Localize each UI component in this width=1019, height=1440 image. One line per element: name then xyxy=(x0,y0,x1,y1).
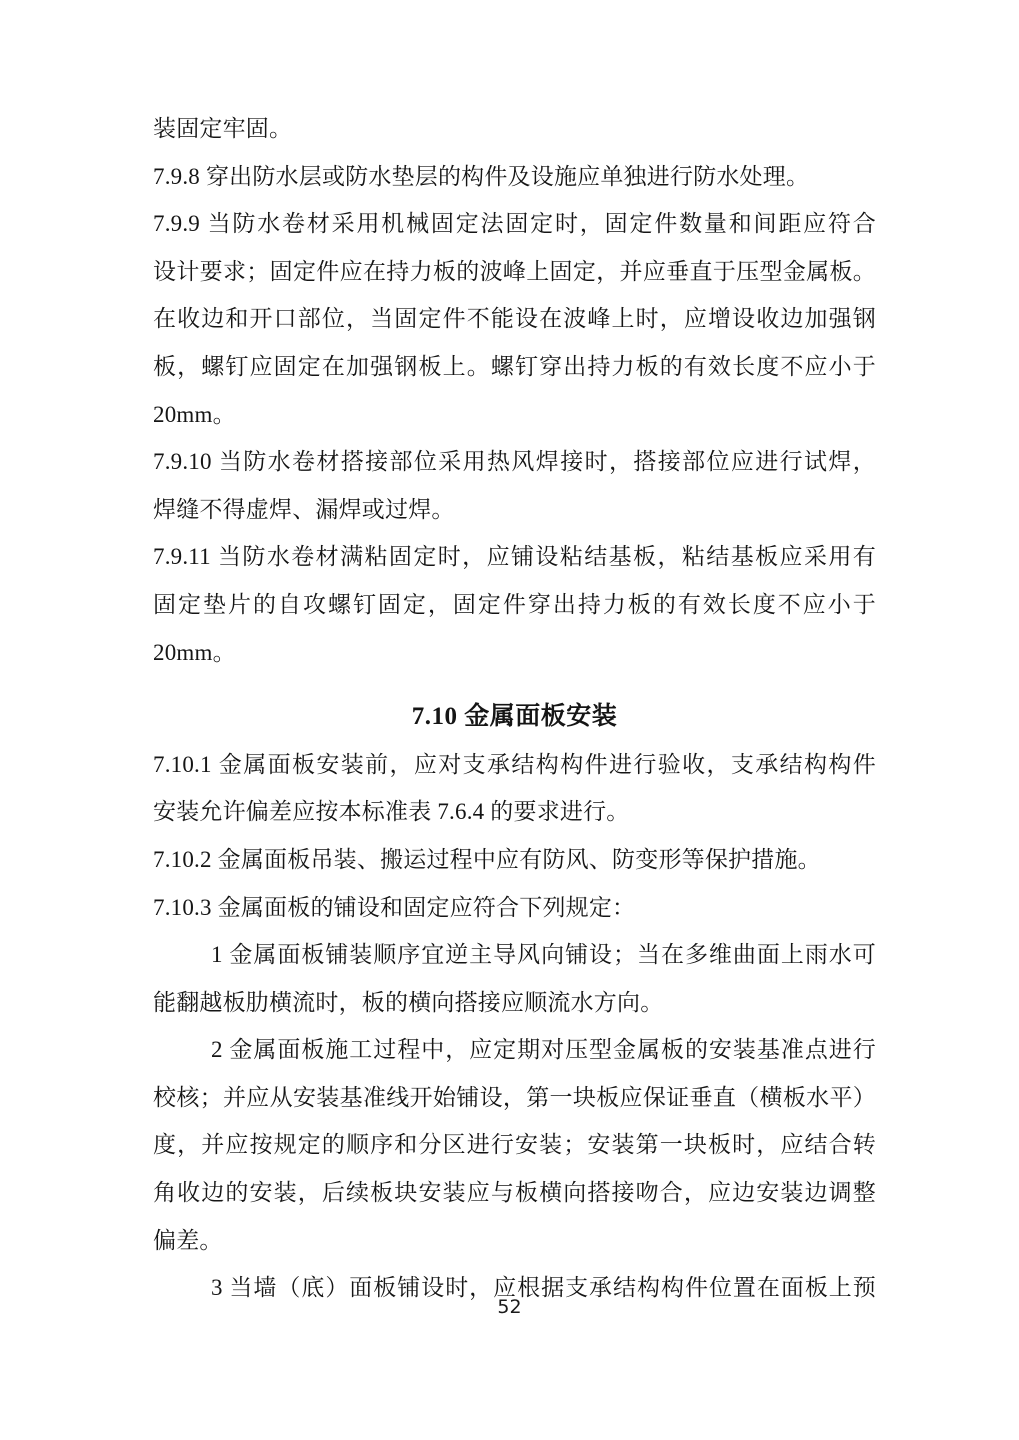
text-line: 20mm。 xyxy=(153,391,876,439)
text-line: 7.9.9 当防水卷材采用机械固定法固定时，固定件数量和间距应符合 xyxy=(153,200,876,248)
text-line: 度，并应按规定的顺序和分区进行安装；安装第一块板时，应结合转 xyxy=(153,1121,876,1169)
text-line: 7.9.10 当防水卷材搭接部位采用热风焊接时，搭接部位应进行试焊， xyxy=(153,438,876,486)
text-line: 设计要求；固定件应在持力板的波峰上固定，并应垂直于压型金属板。 xyxy=(153,248,876,296)
text-line: 7.10.2 金属面板吊装、搬运过程中应有防风、防变形等保护措施。 xyxy=(153,836,876,884)
text-line: 装固定牢固。 xyxy=(153,105,876,153)
text-line: 安装允许偏差应按本标准表 7.6.4 的要求进行。 xyxy=(153,788,876,836)
text-line: 能翻越板肋横流时，板的横向搭接应顺流水方向。 xyxy=(153,979,876,1027)
text-line: 1 金属面板铺装顺序宜逆主导风向铺设；当在多维曲面上雨水可 xyxy=(153,931,876,979)
text-line: 固定垫片的自攻螺钉固定，固定件穿出持力板的有效长度不应小于 xyxy=(153,581,876,629)
text-line: 角收边的安装，后续板块安装应与板横向搭接吻合，应边安装边调整 xyxy=(153,1169,876,1217)
text-line: 校核；并应从安装基准线开始铺设，第一块板应保证垂直（横板水平） xyxy=(153,1074,876,1122)
text-line: 在收边和开口部位，当固定件不能设在波峰上时，应增设收边加强钢 xyxy=(153,295,876,343)
text-line: 7.9.11 当防水卷材满粘固定时，应铺设粘结基板，粘结基板应采用有 xyxy=(153,533,876,581)
text-line: 焊缝不得虚焊、漏焊或过焊。 xyxy=(153,486,876,534)
page-number: 52 xyxy=(0,1295,1019,1319)
text-line: 7.9.8 穿出防水层或防水垫层的构件及设施应单独进行防水处理。 xyxy=(153,153,876,201)
text-line: 7.10.1 金属面板安装前，应对支承结构构件进行验收，支承结构构件 xyxy=(153,741,876,789)
text-line: 2 金属面板施工过程中，应定期对压型金属板的安装基准点进行 xyxy=(153,1026,876,1074)
text-line: 偏差。 xyxy=(153,1217,876,1265)
text-line: 20mm。 xyxy=(153,629,876,677)
document-page: 装固定牢固。7.9.8 穿出防水层或防水垫层的构件及设施应单独进行防水处理。7.… xyxy=(0,0,1019,1440)
text-line: 7.10.3 金属面板的铺设和固定应符合下列规定： xyxy=(153,884,876,932)
section-heading: 7.10 金属面板安装 xyxy=(153,693,876,741)
text-line: 板，螺钉应固定在加强钢板上。螺钉穿出持力板的有效长度不应小于 xyxy=(153,343,876,391)
document-body: 装固定牢固。7.9.8 穿出防水层或防水垫层的构件及设施应单独进行防水处理。7.… xyxy=(153,105,876,1312)
